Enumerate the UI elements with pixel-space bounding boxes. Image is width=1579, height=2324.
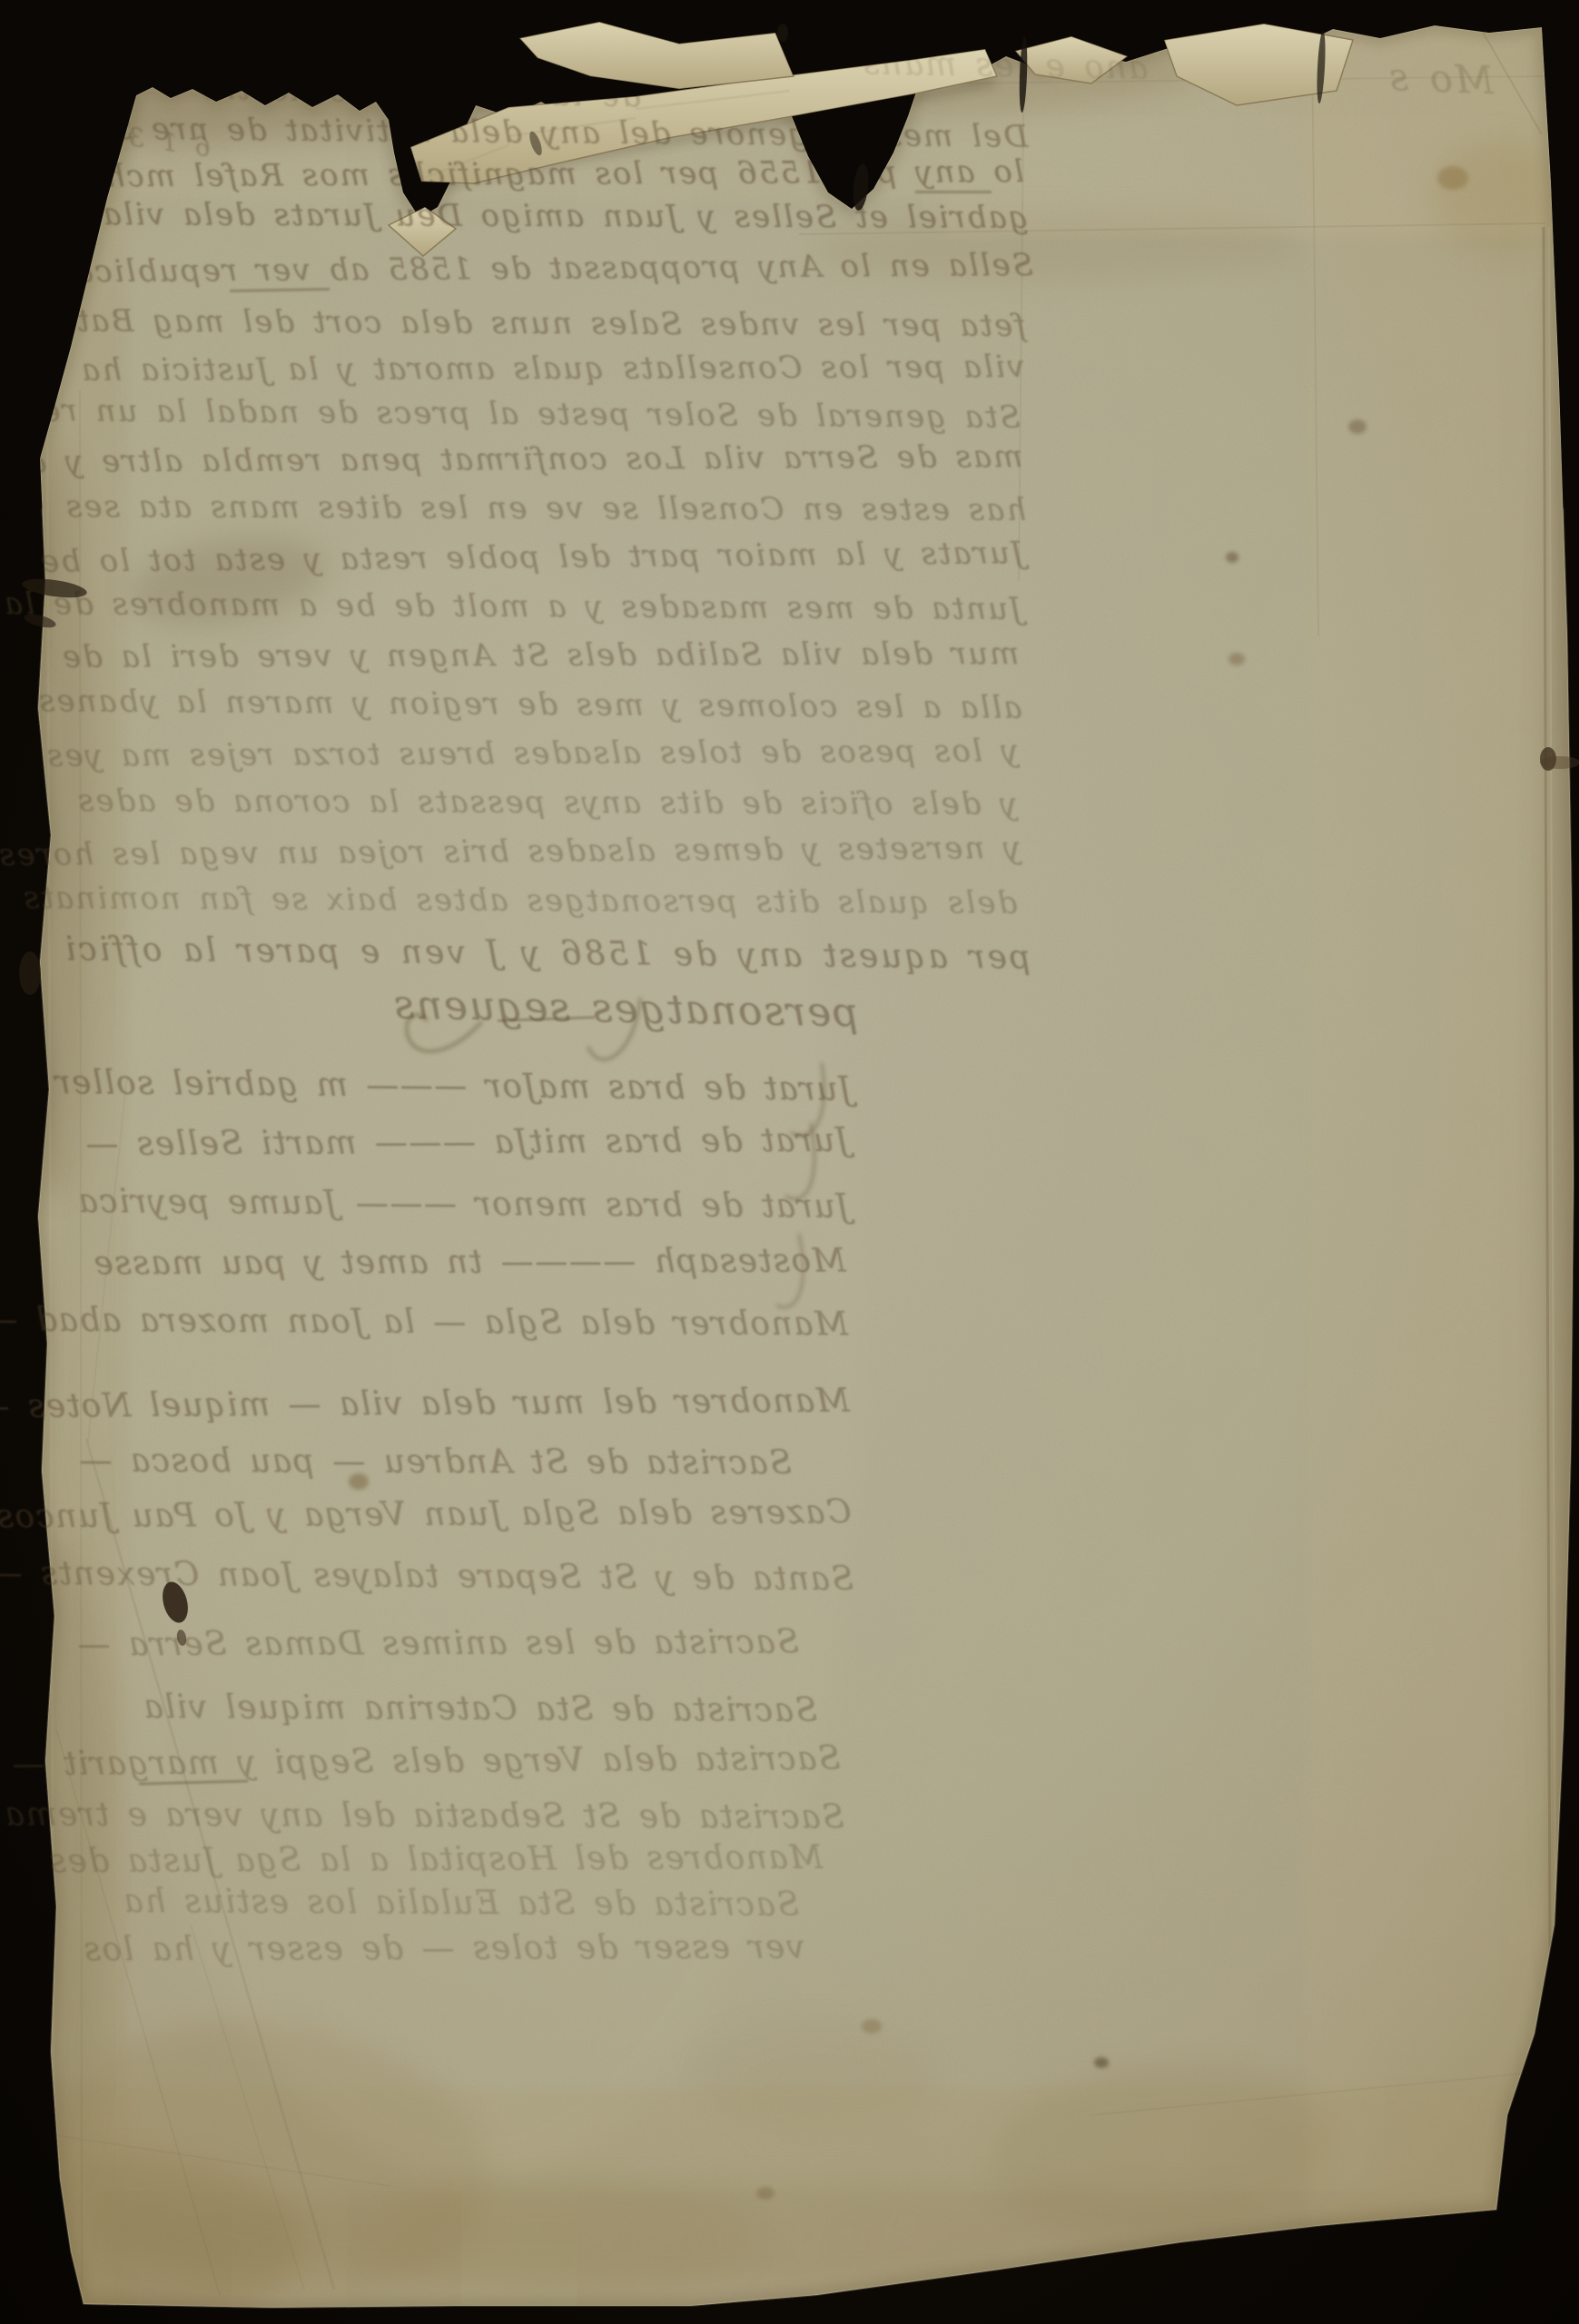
ink-blot-4 — [19, 951, 41, 995]
ink-blot-6 — [1540, 756, 1579, 769]
manuscript-scan: ano e les mansMo s6 1 3de la nativitat d… — [0, 0, 1579, 2324]
scan-overlay-layer — [0, 0, 1579, 2324]
ink-flourish-2 — [792, 1064, 824, 1136]
tear-black-overlay — [0, 0, 1579, 508]
ink-flourish-1 — [588, 999, 640, 1059]
ink-blot-11 — [777, 24, 788, 42]
ink-flourish-0 — [407, 1015, 481, 1051]
ink-blot-2 — [21, 576, 88, 601]
ink-blot-3 — [23, 612, 57, 630]
ink-blot-0 — [158, 1579, 192, 1625]
ink-flourish-group — [407, 999, 824, 1307]
ink-blot-1 — [176, 1629, 188, 1646]
ink-flourish-4 — [777, 1235, 804, 1307]
